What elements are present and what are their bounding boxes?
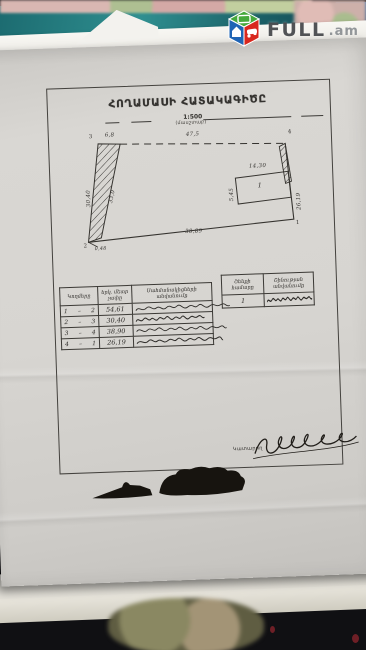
handwritten-signature	[250, 428, 363, 464]
dim-bottom: 38,89	[185, 228, 202, 235]
dim-corner-cut: 0,48	[95, 247, 107, 252]
handwritten-building-name	[264, 294, 313, 305]
building-row-number: 1	[222, 294, 264, 308]
buildings-table: Շենքի համարը Շինության անվանումը 1	[221, 271, 315, 308]
table-row: 1	[222, 292, 314, 308]
sides-table-header-sides: Կողմերը	[60, 287, 99, 306]
buildings-table-header-name: Շինության անվանումը	[263, 272, 314, 294]
fabric-red-detail	[270, 626, 275, 633]
dim-building-width: 14,30	[249, 163, 266, 170]
fabric-red-detail-2	[352, 634, 359, 643]
ink-blot-marks	[91, 459, 262, 503]
rule-dash	[105, 122, 119, 123]
dim-left-outer: 30,40	[86, 190, 93, 207]
document-page: ՀՈՂԱՄԱՍԻ ՀԱՏԱԿԱԳԻԾԸ 1:500 (մասշտաբ)	[0, 37, 366, 586]
plot-plan-drawing: 3 6,8 47,5 4 30,40 33,0 26,19 38,89 2 0,…	[80, 124, 308, 258]
rule-dash	[131, 121, 151, 123]
fullam-watermark: FULL .am	[226, 10, 359, 50]
dim-building-depth: 5,45	[229, 188, 235, 202]
photo-of-land-plan-document: ՀՈՂԱՄԱՍԻ ՀԱՏԱԿԱԳԻԾԸ 1:500 (մասշտաբ)	[0, 0, 366, 650]
dim-right: 26,19	[296, 193, 303, 210]
corner-label-2: 2	[84, 243, 88, 249]
corner-label-1: 1	[296, 220, 300, 226]
paper-wrinkle-2	[0, 495, 366, 528]
handwritten-neighbor-name	[134, 335, 213, 347]
fullam-brand-text: FULL	[267, 19, 326, 41]
fullam-cube-icon	[226, 10, 262, 50]
dim-strip-top: 6,8	[105, 132, 115, 138]
corner-label-4: 4	[288, 129, 292, 135]
dim-top: 47,5	[186, 131, 200, 137]
building-number: 1	[257, 181, 262, 189]
rule-line	[203, 116, 291, 120]
buildings-table-header-number: Շենքի համարը	[221, 274, 264, 295]
sides-table: Կողմերը երկ. մետր չափը Սահմանակիցների ան…	[59, 282, 214, 350]
floral-fabric-bottom	[108, 598, 264, 650]
sides-table-header-length: երկ. մետր չափը	[98, 285, 133, 304]
corner-label-3: 3	[89, 134, 93, 140]
fullam-domain-suffix: .am	[329, 24, 359, 39]
